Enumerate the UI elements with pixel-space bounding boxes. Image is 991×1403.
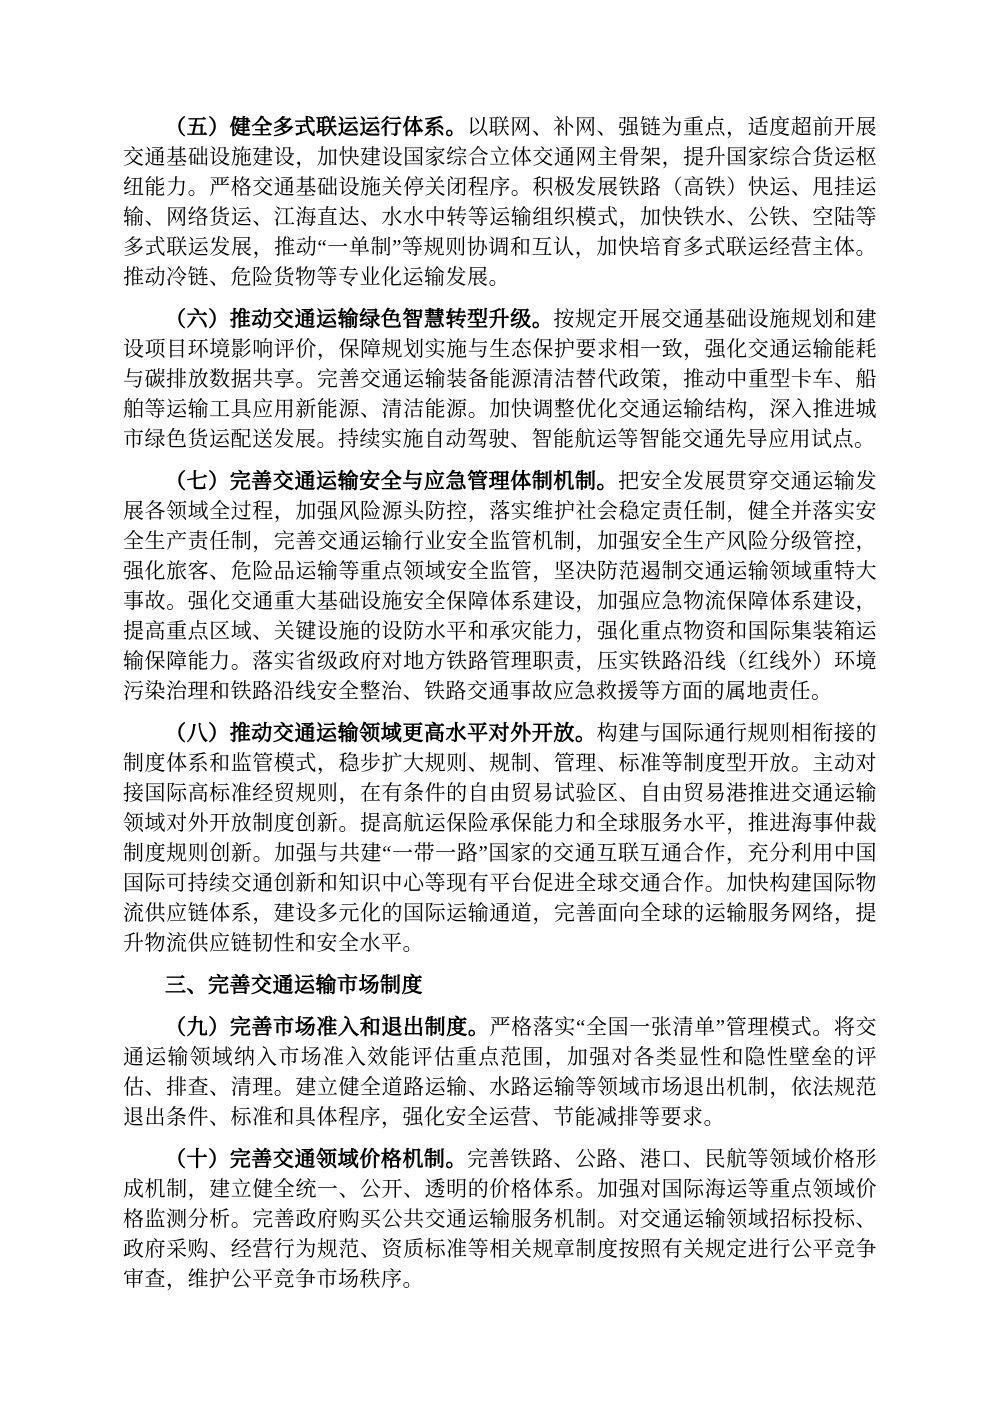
paragraph-item-10: （十）完善交通领域价格机制。完善铁路、公路、港口、民航等领域价格形成机制，建立健… bbox=[123, 1144, 877, 1294]
paragraph-6-lead: （六）推动交通运输绿色智慧转型升级。 bbox=[165, 307, 553, 331]
paragraph-item-8: （八）推动交通运输领域更高水平对外开放。构建与国际通行规则相衔接的制度体系和监管… bbox=[123, 718, 877, 958]
section-heading: 三、完善交通运输市场制度 bbox=[123, 970, 877, 1000]
document-page: （五）健全多式联运运行体系。以联网、补网、强链为重点，适度超前开展交通基础设施建… bbox=[0, 0, 991, 1403]
paragraph-10-lead: （十）完善交通领域价格机制。 bbox=[165, 1147, 467, 1171]
paragraph-7-lead: （七）完善交通运输安全与应急管理体制机制。 bbox=[165, 469, 618, 493]
paragraph-item-6: （六）推动交通运输绿色智慧转型升级。按规定开展交通基础设施规划和建设项目环境影响… bbox=[123, 304, 877, 454]
paragraph-item-5: （五）健全多式联运运行体系。以联网、补网、强链为重点，适度超前开展交通基础设施建… bbox=[123, 112, 877, 292]
paragraph-8-lead: （八）推动交通运输领域更高水平对外开放。 bbox=[165, 721, 597, 745]
paragraph-5-lead: （五）健全多式联运运行体系。 bbox=[165, 115, 467, 139]
paragraph-item-7: （七）完善交通运输安全与应急管理体制机制。把安全发展贯穿交通运输发展各领域全过程… bbox=[123, 466, 877, 706]
document-content: （五）健全多式联运运行体系。以联网、补网、强链为重点，适度超前开展交通基础设施建… bbox=[123, 112, 877, 1306]
paragraph-item-9: （九）完善市场准入和退出制度。严格落实“全国一张清单”管理模式。将交通运输领域纳… bbox=[123, 1012, 877, 1132]
paragraph-7-body: 把安全发展贯穿交通运输发展各领域全过程，加强风险源头防控，落实维护社会稳定责任制… bbox=[123, 469, 877, 703]
paragraph-9-lead: （九）完善市场准入和退出制度。 bbox=[165, 1015, 489, 1039]
paragraph-5-body: 以联网、补网、强链为重点，适度超前开展交通基础设施建设，加快建设国家综合立体交通… bbox=[123, 115, 877, 289]
paragraph-8-body: 构建与国际通行规则相衔接的制度体系和监管模式，稳步扩大规则、规制、管理、标准等制… bbox=[123, 721, 877, 955]
